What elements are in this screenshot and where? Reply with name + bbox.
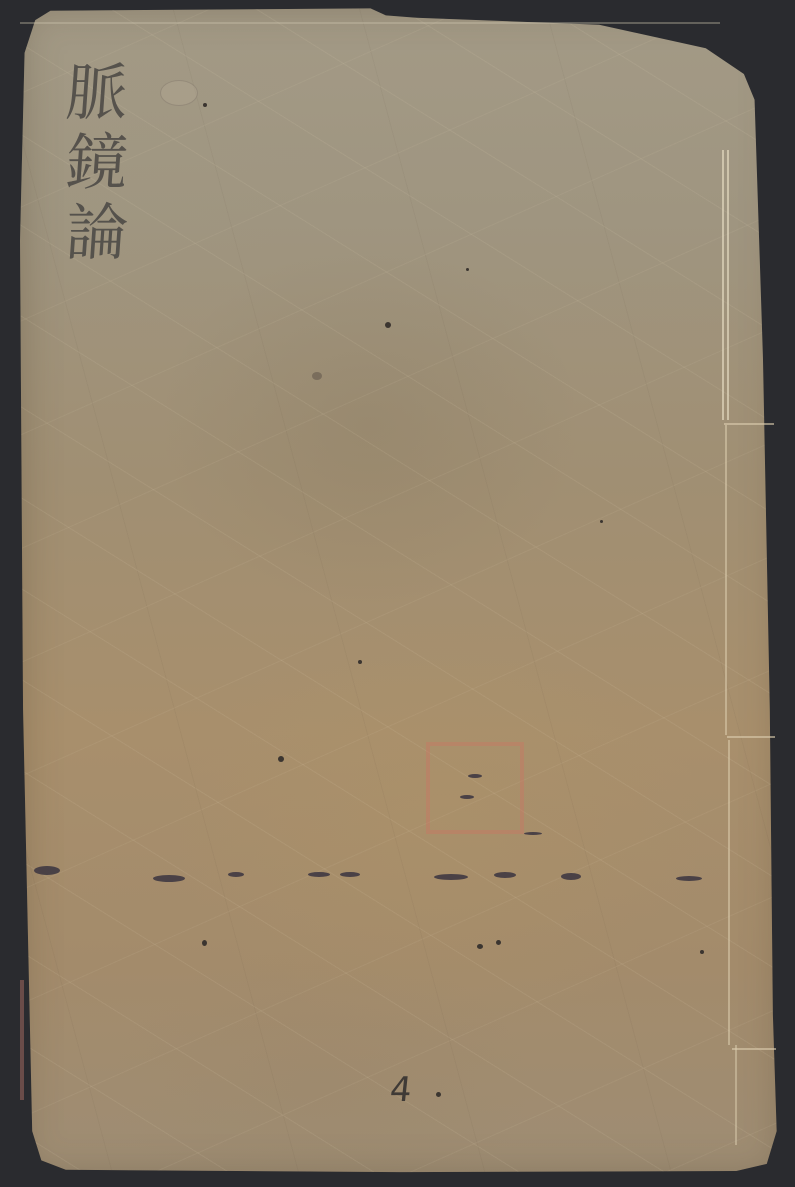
- scanned-page: 脈 鏡 論 4: [0, 0, 795, 1187]
- title-char: 脈: [64, 58, 131, 128]
- book-title: 脈 鏡 論: [42, 58, 152, 268]
- seal-char: [430, 746, 475, 788]
- ink-dot: [202, 940, 207, 946]
- page-number: 4: [388, 1070, 414, 1110]
- binding-thread: [727, 150, 729, 420]
- left-edge-stain: [20, 980, 24, 1100]
- ink-mark: [468, 774, 482, 778]
- ink-dot: [477, 944, 483, 949]
- ink-dot: [203, 103, 207, 107]
- ink-dot: [358, 660, 362, 664]
- red-seal-stamp: [426, 742, 524, 834]
- seal-char: [475, 788, 520, 830]
- title-char: 鏡: [64, 128, 131, 198]
- seal-char: [475, 746, 520, 788]
- ink-mark: [434, 874, 468, 880]
- ink-dot: [700, 950, 704, 954]
- ink-mark: [676, 876, 702, 881]
- ink-mark: [308, 872, 330, 877]
- ink-mark: [153, 875, 185, 882]
- binding-thread: [735, 1045, 737, 1145]
- stain-spot: [312, 372, 322, 380]
- binding-stitch: [727, 736, 775, 738]
- binding-stitch: [724, 423, 774, 425]
- ink-mark: [228, 872, 244, 877]
- ink-dot: [436, 1092, 441, 1097]
- ink-mark: [494, 872, 516, 878]
- top-edge-fold: [20, 22, 720, 24]
- ink-dot: [385, 322, 391, 328]
- ink-mark: [460, 795, 474, 799]
- ink-mark: [524, 832, 542, 835]
- ink-dot: [278, 756, 284, 762]
- ink-mark: [34, 866, 60, 875]
- ink-dot: [466, 268, 469, 271]
- water-stain: [160, 80, 198, 106]
- binding-thread: [725, 425, 727, 735]
- ink-mark: [340, 872, 360, 877]
- ink-dot: [600, 520, 603, 523]
- binding-stitch: [732, 1048, 776, 1050]
- title-char: 論: [64, 198, 131, 268]
- ink-dot: [496, 940, 501, 945]
- binding-thread: [722, 150, 724, 420]
- ink-mark: [561, 873, 581, 880]
- binding-thread: [728, 740, 730, 1045]
